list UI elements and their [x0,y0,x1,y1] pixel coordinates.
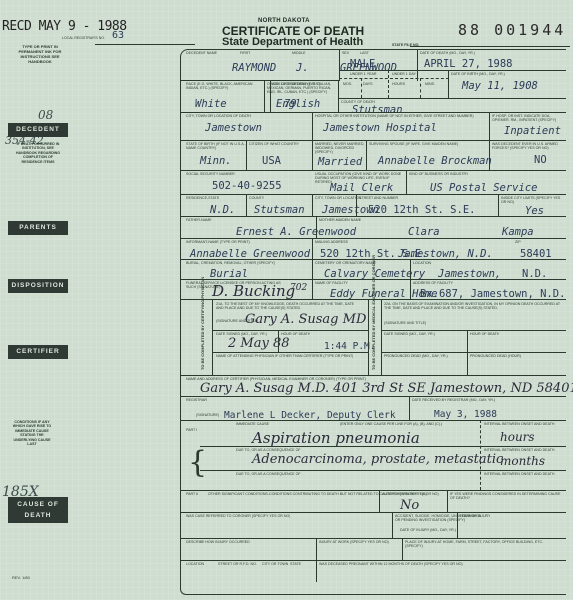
divider [180,560,566,561]
pronounced-dead-label: PRONOUNCED DEAD (Mo., Day, Yr.) [384,354,448,358]
registrar-label: REGISTRAR [186,398,207,402]
interval-b: months [500,454,545,468]
autopsy-label: AUTOPSY (Specify Yes or No) [382,492,439,496]
citizen-country: USA [262,155,281,167]
location-label: LOCATION [413,261,431,265]
hospital-label: HOSPITAL OR OTHER INSTITUTION (Name of n… [315,114,474,118]
cause-a: Aspiration pneumonia [252,429,420,447]
certifier-signature: Gary A. Susag MD [245,312,366,327]
divider [312,194,313,216]
divider [180,170,566,171]
residence-street: 520 12th St. S.E. [368,204,475,216]
part-1-label: PART I [186,428,197,432]
divider [180,396,566,397]
injury-location-label: LOCATION [186,562,204,566]
divider [312,238,313,299]
injury-street-label: STREET OR R.F.D. NO. [218,562,257,566]
examiner-hour-label: HOUR OF DEATH [470,332,499,336]
cemetery-label: CEMETERY OR CREMATORY-NAME [315,261,376,265]
divider [316,538,317,560]
inpatient-status: Inpatient [504,125,561,137]
age-value: 79 [284,98,297,110]
examiner-signature-label: (Signature and Title) [384,321,426,325]
divider [180,512,566,513]
divider [270,80,271,112]
divider [180,194,566,195]
divider [457,512,458,538]
facility-address-label: ADDRESS OF FACILITY [413,281,453,285]
divider [368,299,369,375]
divider [200,470,566,471]
divider [381,299,382,375]
examiner-date-label: DATE SIGNED (Mo., Day, Yr.) [384,332,435,336]
divider [379,490,380,512]
injury-state-label: STATE [290,562,301,566]
divider [402,538,403,560]
certification-statement: 21a. To the best of my knowledge, death … [216,302,356,310]
divider [312,112,313,170]
place-of-injury-label: PLACE OF INJURY-At home, farm, street, f… [405,540,560,548]
hospital-name: Jamestown Hospital [323,122,437,134]
usual-occupation: Mail Clerk [330,182,393,194]
father-name: Ernest A. Greenwood [236,226,356,238]
residence-county-label: COUNTY [249,196,264,200]
surviving-spouse: Annabelle Brockman [378,155,492,167]
enter-instruction: (ENTER ONLY ONE CAUSE PER LINE FOR (a), … [340,422,442,426]
funeral-director-signature: D. Bucking [212,282,295,300]
disposition-method-label: BURIAL, CREMATION, REMOVAL, OTHER (Speci… [186,261,275,265]
mother-last-name: Kampa [502,226,534,238]
cause-b: Adenocarcinoma, prostate, metastatic [252,452,503,467]
describe-injury-label: DESCRIBE HOW INJURY OCCURRED [186,540,250,544]
mother-first-name: Clara [408,226,440,238]
citizen-label: CITIZEN OF WHAT COUNTRY [249,142,299,146]
interval-c-label: Interval between onset and death [484,472,555,476]
divider [180,420,566,421]
pronounced-hour-label: PRONOUNCED DEAD (Hour) [470,354,521,358]
divider [246,140,247,170]
autopsy-value: No [400,498,419,513]
bracket: { [188,448,207,478]
ssn-label: SOCIAL SECURITY NUMBER [186,172,235,176]
city-of-death-label: CITY, TOWN OR LOCATION OF DEATH [186,114,251,118]
divider [212,299,213,375]
age-label: AGE Last Birthday (Yrs.) [272,82,320,86]
divider [392,512,393,538]
divider [246,194,247,216]
divider [381,352,566,353]
divider [316,560,317,582]
divider [409,396,410,420]
funeral-director-number: 702 [290,283,307,293]
attending-physician-label: NAME OF ATTENDING PHYSICIAN IF OTHER THA… [216,354,353,358]
part-2-label: PART II [186,492,198,496]
informant-label: INFORMANT-NAME (Type or Print) [186,240,250,244]
birth-state: Minn. [200,155,232,167]
divider [406,170,407,194]
divider [212,352,368,353]
mother-label: MOTHER-MAIDEN NAME [319,218,361,222]
hour-of-death-label: HOUR OF DEATH [281,332,310,336]
divider [180,375,566,376]
divider [498,194,499,216]
city-of-death: Jamestown [205,122,262,134]
date-received: May 3, 1988 [434,409,497,420]
coroner-label: WAS CASE REFERRED TO CORONER (Specify Ye… [186,514,290,518]
residence-city-label: CITY, TOWN OR LOCATION [315,196,361,200]
zip-label: ZIP [515,240,521,244]
marital-status: Married [318,156,362,168]
injury-date-label: DATE OF INJURY (Mo., Day, Yr.) [400,528,456,532]
interval-a: hours [500,430,535,444]
divider [180,140,566,141]
divider [180,216,566,217]
divider [180,112,566,113]
birth-state-label: STATE OF BIRTH (If not in U.S.A., name c… [186,142,246,150]
divider [180,490,566,491]
social-security-number: 502-40-9255 [212,180,282,192]
residence-state-label: RESIDENCE-STATE [186,196,219,200]
medical-examiner-label: To be Completed by MEDICAL EXAMINER OR C… [371,310,376,370]
marital-label: MARRIED, NEVER MARRIED, WIDOWED, DIVORCE… [315,142,365,154]
injury-city-label: CITY OR TOWN [262,562,288,566]
inpatient-label: IF HOSP. OR INST. Indicate DOA, OP/Emer.… [492,114,566,122]
registrar-signature-label: (Signature) [196,413,219,417]
facility-label: NAME OF FACILITY [315,281,348,285]
divider [278,330,279,352]
date-received-label: DATE RECEIVED BY REGISTRAR (Mo., Day, Yr… [412,398,495,402]
date-signed: 2 May 88 [228,336,289,351]
due-to-label-c: DUE TO, OR AS A CONSEQUENCE OF [236,472,301,476]
age-cell: AGE Last Birthday (Yrs.) 79 [270,80,338,112]
injury-at-work-label: INJURY AT WORK (Specify Yes or No) [319,540,389,544]
examiner-statement: 22a. On the basis of examination and/or … [384,302,564,310]
divider [381,330,566,331]
interval-a-label: Interval between onset and death [484,422,555,426]
divider [180,238,566,239]
kind-of-business: US Postal Service [430,182,537,194]
divider [316,216,317,238]
divider [356,194,357,216]
spouse-label: SURVIVING SPOUSE (If wife, give maiden n… [369,142,458,146]
certifier-name-address: Gary A. Susag M.D. 401 3rd St SE Jamesto… [200,381,573,396]
immediate-cause-label: IMMEDIATE CAUSE [236,422,269,426]
mailing-address-label: MAILING ADDRESS [315,240,348,244]
residence-state: N.D. [210,204,235,216]
divider [180,538,566,539]
certifying-physician-label: To be Completed by CERTIFYING PHYSICIAN [200,308,205,370]
divider [200,446,566,447]
father-label: FATHER-NAME [186,218,212,222]
divider [447,490,448,512]
residence-street-label: STREET AND NUMBER [359,196,398,200]
armed-forces-label: WAS DECEDENT EVER IN U.S. ARMED FORCES? … [492,142,566,150]
findings-label: IF YES WERE FINDINGS CONSIDERED IN DETER… [450,492,565,500]
inside-city-label: INSIDE CITY LIMITS (Specify Yes or No) [501,196,565,204]
divider [338,98,566,99]
divider [212,330,368,331]
pregnant-label: WAS DECEASED PREGNANT WITHIN 12 MONTHS O… [319,562,463,566]
injury-hour-label: HOUR OF INJURY [460,514,490,518]
armed-forces: NO [534,154,547,166]
business-label: KIND OF BUSINESS OR INDUSTRY [409,172,468,176]
residence-county: Stutsman [254,204,305,216]
divider [366,140,367,170]
